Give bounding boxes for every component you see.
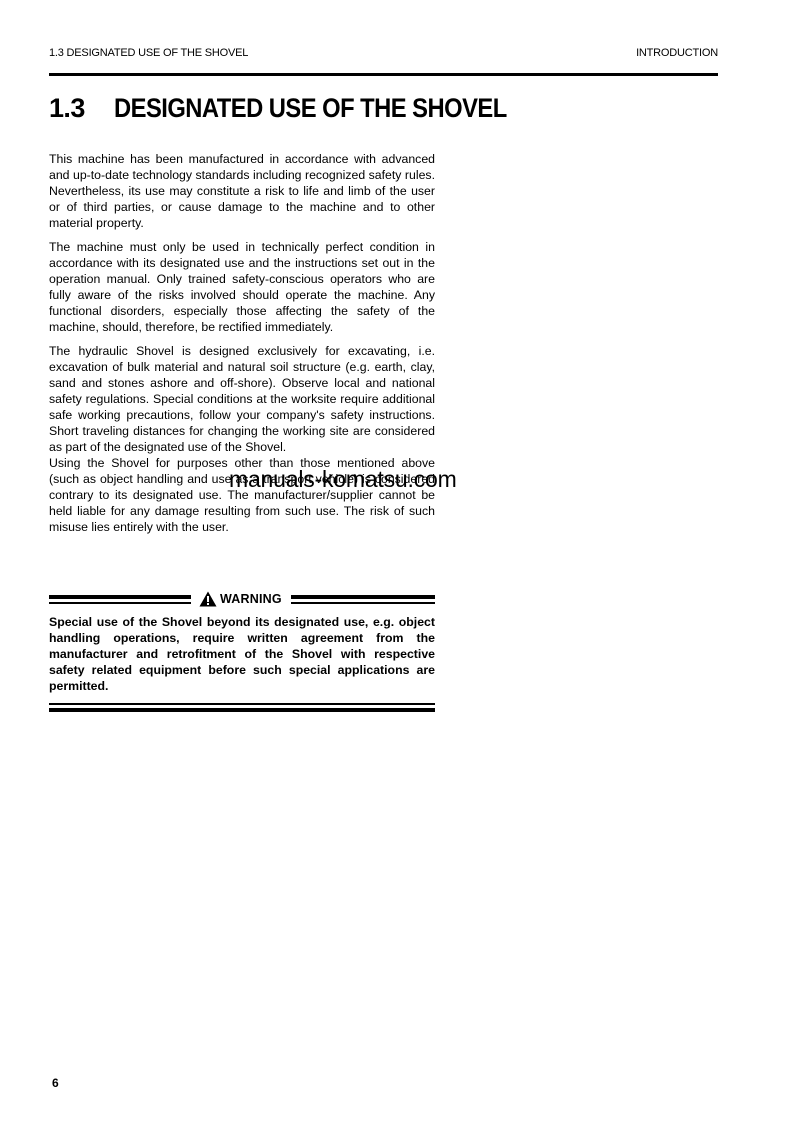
running-header-section: 1.3 DESIGNATED USE OF THE SHOVEL xyxy=(49,47,248,59)
running-header-chapter: INTRODUCTION xyxy=(636,47,718,59)
warning-text: Special use of the Shovel beyond its des… xyxy=(49,614,435,694)
warning-label: WARNING xyxy=(199,590,282,608)
section-number: 1.3 xyxy=(49,93,85,124)
warning-title: WARNING xyxy=(220,592,282,606)
warning-box: WARNING Special use of the Shovel beyond… xyxy=(49,588,435,712)
paragraph-designated-use: The hydraulic Shovel is designed exclusi… xyxy=(49,343,435,455)
paragraph-condition: The machine must only be used in technic… xyxy=(49,239,435,335)
warning-bar-left xyxy=(49,595,191,604)
watermark: manuals-komatsu.com xyxy=(229,466,457,492)
warning-triangle-icon xyxy=(199,591,217,607)
header-rule xyxy=(49,73,718,76)
paragraph-intro: This machine has been manufactured in ac… xyxy=(49,151,435,231)
page-number: 6 xyxy=(52,1076,59,1090)
section-title-text: DESIGNATED USE OF THE SHOVEL xyxy=(114,93,507,124)
warning-footer-bar xyxy=(49,703,435,712)
running-header: 1.3 DESIGNATED USE OF THE SHOVEL INTRODU… xyxy=(49,47,718,63)
warning-header: WARNING xyxy=(49,588,435,608)
warning-bar-right xyxy=(291,595,435,604)
